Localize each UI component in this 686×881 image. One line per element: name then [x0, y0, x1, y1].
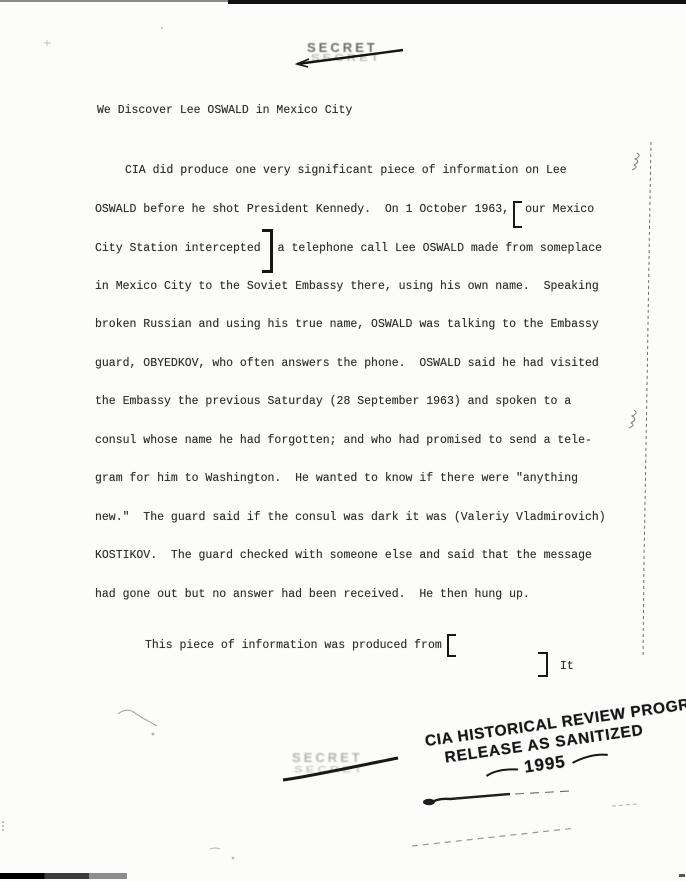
cia-stamp-year: 1995	[523, 752, 567, 778]
pencil-squiggle	[118, 710, 157, 726]
body-line: gram for him to Washington. He wanted to…	[95, 460, 635, 499]
body-line-text: our Mexico	[525, 203, 594, 216]
body-line: broken Russian and using his true name, …	[95, 306, 635, 345]
handwritten-open-bracket	[447, 634, 456, 657]
body-line-text: a telephone call Lee OSWALD made from so…	[278, 242, 602, 255]
scanned-document-page: SECRET SECRET We Discover Lee OSWALD in …	[0, 0, 686, 881]
pencil-dot	[152, 733, 155, 736]
body-line: KOSTIKOV. The guard checked with someone…	[95, 537, 635, 576]
document-heading: We Discover Lee OSWALD in Mexico City	[97, 104, 352, 117]
cia-review-stamp: CIA HISTORICAL REVIEW PROGR RELEASE AS S…	[424, 692, 686, 791]
paragraph-1: CIA did produce one very significant pie…	[95, 152, 635, 614]
body-line: had gone out but no answer had been rece…	[95, 576, 635, 615]
handwritten-open-bracket	[513, 201, 522, 228]
scan-edge-top-dark	[228, 0, 686, 4]
scan-edge-bottom-tick	[679, 874, 685, 877]
paragraph-2-line: This piece of information was produced f…	[95, 634, 456, 657]
handwritten-close-bracket	[262, 229, 273, 273]
body-line: City Station intercepteda telephone call…	[95, 229, 635, 268]
faint-mark-bottom-left	[210, 848, 220, 849]
ink-blob	[423, 799, 435, 805]
stamp-left-swoosh	[483, 762, 520, 779]
dashed-diagonal-line	[412, 828, 576, 846]
body-line-text: OSWALD before he shot President Kennedy.…	[95, 203, 509, 216]
stamp-right-swoosh	[570, 750, 611, 767]
scan-edge-bottom-bar	[0, 873, 127, 879]
body-line: CIA did produce one very significant pie…	[95, 152, 635, 191]
body-line-text: City Station intercepted	[95, 242, 261, 255]
swoosh-stroke	[486, 768, 518, 776]
faint-dot-top	[161, 27, 163, 29]
secret-stamp-bottom: SECRET SECRET	[282, 748, 397, 784]
swoosh-stroke	[572, 753, 608, 762]
faint-dot-bottom	[232, 857, 235, 860]
secret-strike-line	[282, 748, 402, 788]
faint-dash-right	[612, 804, 638, 806]
body-line: consul whose name he had forgotten; and …	[95, 422, 635, 461]
heavy-scribble-line	[430, 794, 510, 803]
body-line: the Embassy the previous Saturday (28 Se…	[95, 383, 635, 422]
handwritten-close-bracket	[538, 652, 548, 677]
strike-line	[297, 50, 403, 64]
body-line: OSWALD before he shot President Kennedy.…	[95, 191, 635, 230]
strike-line	[283, 758, 398, 780]
faint-plus-mark	[44, 40, 51, 46]
paragraph-2-continuation: It	[538, 652, 574, 677]
body-line-text: It	[560, 660, 574, 673]
body-line-text: This piece of information was produced f…	[145, 639, 442, 652]
secret-strike-line	[295, 40, 410, 76]
scribble-tail	[515, 791, 570, 794]
secret-stamp-top: SECRET SECRET	[295, 40, 410, 76]
body-line: guard, OBYEDKOV, who often answers the p…	[95, 345, 635, 384]
body-line: in Mexico City to the Soviet Embassy the…	[95, 268, 635, 307]
body-line: new." The guard said if the consul was d…	[95, 499, 635, 538]
right-margin-fold-line	[643, 142, 651, 658]
